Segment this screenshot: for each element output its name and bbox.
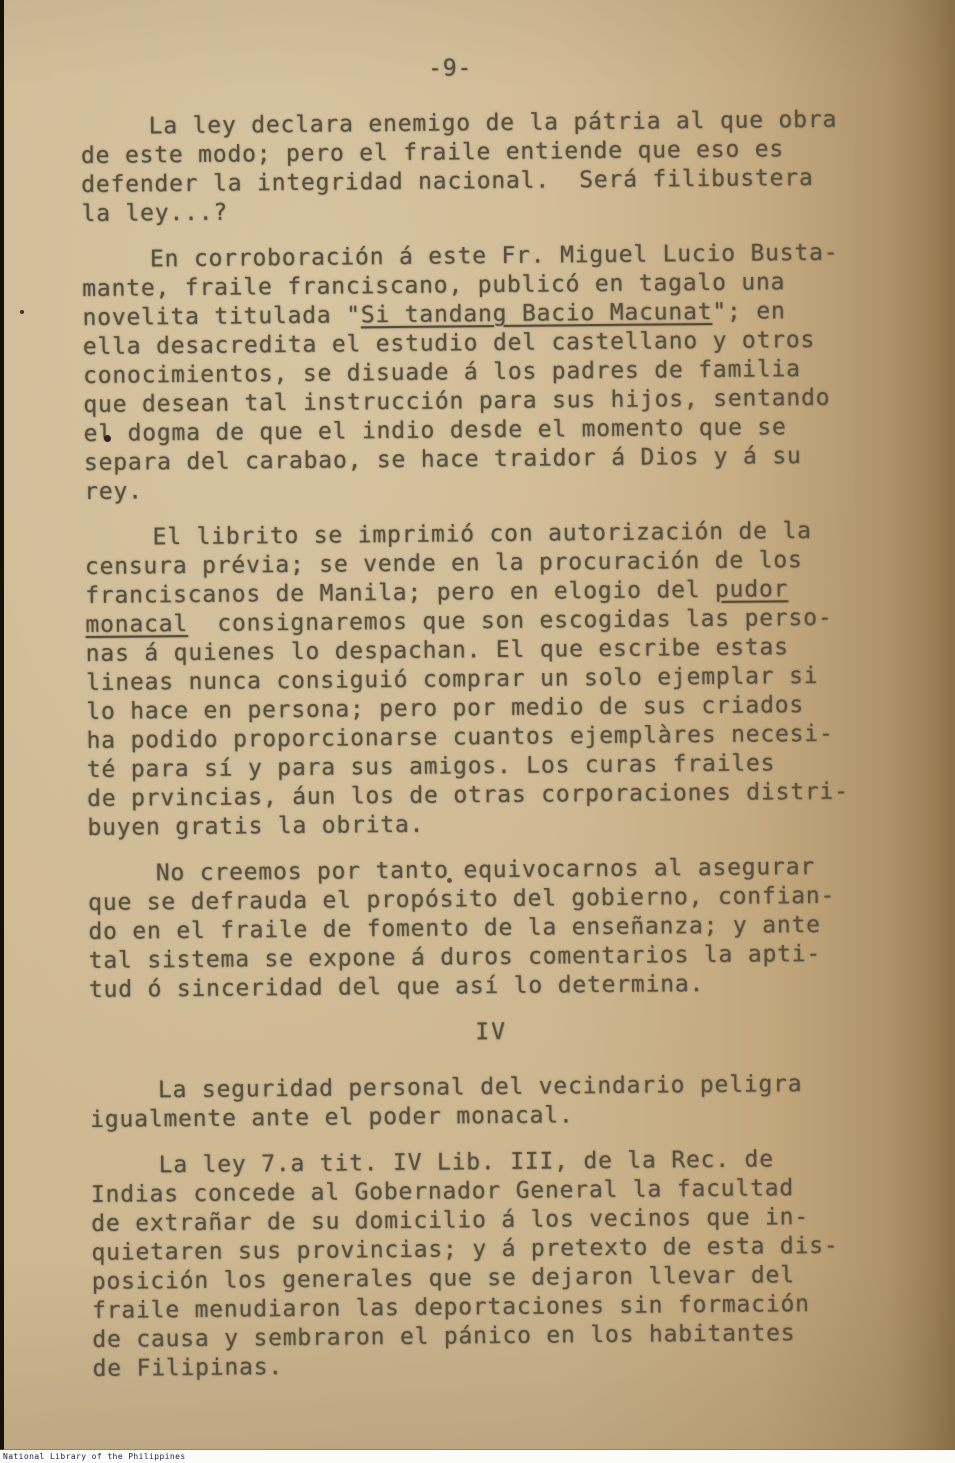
scan-edge-strip xyxy=(0,0,4,1463)
footer-label: National Library of the Philippines xyxy=(3,1452,186,1461)
text-segment: El librito se imprimió con autorización … xyxy=(152,518,811,550)
text-segment: la ley...? xyxy=(81,200,228,227)
scanned-document-page: -9-La ley declara enemigo de la pátria a… xyxy=(0,0,955,1463)
text-segment: La ley 7.a tit. IV Lib. III, de la Rec. … xyxy=(159,1146,774,1178)
footer-bar: National Library of the Philippines xyxy=(0,1450,955,1463)
text-line: -9- xyxy=(428,50,940,84)
paragraph: La seguridad personal del vecindario pel… xyxy=(90,1069,951,1135)
text-segment: té para sí y para sus amigos. Los curas … xyxy=(87,750,776,783)
text-segment: censura prévia; se vende en la procuraci… xyxy=(85,547,803,580)
text-segment: de causa y sembraron el pánico en los ha… xyxy=(92,1320,795,1353)
underlined-text: monacal xyxy=(85,611,188,638)
page-number: -9- xyxy=(80,50,940,87)
underlined-text: pudor xyxy=(715,576,788,603)
text-segment: conocimientos, se disuade á los padres d… xyxy=(83,356,801,389)
text-segment: separa del carabao, se hace traidor á Di… xyxy=(84,443,802,476)
paragraph: En corroboración á este Fr. Miguel Lucio… xyxy=(82,238,944,507)
text-segment: posición los generales que se dejaron ll… xyxy=(92,1262,795,1295)
text-segment: de extrañar de su domicilio á los vecino… xyxy=(91,1204,809,1237)
text-segment: La ley declara enemigo de la pátria al q… xyxy=(149,107,838,140)
ink-speck xyxy=(447,878,452,883)
text-segment: En corroboración á este Fr. Miguel Lucio… xyxy=(150,240,839,273)
ink-speck xyxy=(20,310,24,314)
paragraph: El librito se imprimió con autorización … xyxy=(84,516,947,843)
text-segment: el dogma de que el indio desde el moment… xyxy=(83,414,786,447)
paragraph: No creemos por tanto equivocarnos al ase… xyxy=(88,852,949,1005)
text-line: IV xyxy=(475,1014,949,1048)
text-segment: de prvincias, áun los de otras corporaci… xyxy=(87,779,849,812)
text-segment: tud ó sinceridad del que así lo determin… xyxy=(89,971,704,1003)
text-segment: -9- xyxy=(428,55,472,81)
text-segment: tal sistema se expone á duros comentario… xyxy=(89,941,822,974)
text-segment: mante, fraile franciscano, publicó en ta… xyxy=(82,269,785,302)
text-segment: franciscanos de Manila; pero en elogio d… xyxy=(85,577,715,609)
text-segment: IV xyxy=(475,1019,507,1045)
text-segment: defender la integridad nacional. Será fi… xyxy=(81,165,814,198)
text-segment: consignaremos que son escogidas las pers… xyxy=(188,605,833,637)
text-segment: de Filipinas. xyxy=(92,1354,283,1382)
text-segment: Indias concede al Gobernador General la … xyxy=(91,1175,794,1208)
text-segment: novelita titulada " xyxy=(82,302,361,331)
text-segment: igualmente ante el poder monacal. xyxy=(90,1102,574,1133)
text-segment: fraile menudiaron las deportaciones sin … xyxy=(92,1291,810,1324)
underlined-text: Si tandang Bacio Macunat xyxy=(361,299,713,328)
paragraph: La ley declara enemigo de la pátria al q… xyxy=(81,105,942,229)
text-segment: La seguridad personal del vecindario pel… xyxy=(158,1071,803,1103)
text-segment: buyen gratis la obrita. xyxy=(87,812,424,841)
text-segment: lo hace en persona; pero por medio de su… xyxy=(86,692,804,725)
text-segment: No creemos por tanto equivocarnos al ase… xyxy=(156,854,815,886)
text-segment: de este modo; pero el fraile entiende qu… xyxy=(81,136,784,169)
text-segment: nas á quienes lo despachan. El que escri… xyxy=(86,634,789,667)
text-segment: rey. xyxy=(84,478,143,505)
ink-speck xyxy=(104,435,111,442)
text-segment: "; en xyxy=(712,298,785,325)
paragraph: La ley 7.a tit. IV Lib. III, de la Rec. … xyxy=(91,1144,953,1384)
heading: IV xyxy=(89,1014,949,1051)
document-text: -9-La ley declara enemigo de la pátria a… xyxy=(80,50,953,1401)
